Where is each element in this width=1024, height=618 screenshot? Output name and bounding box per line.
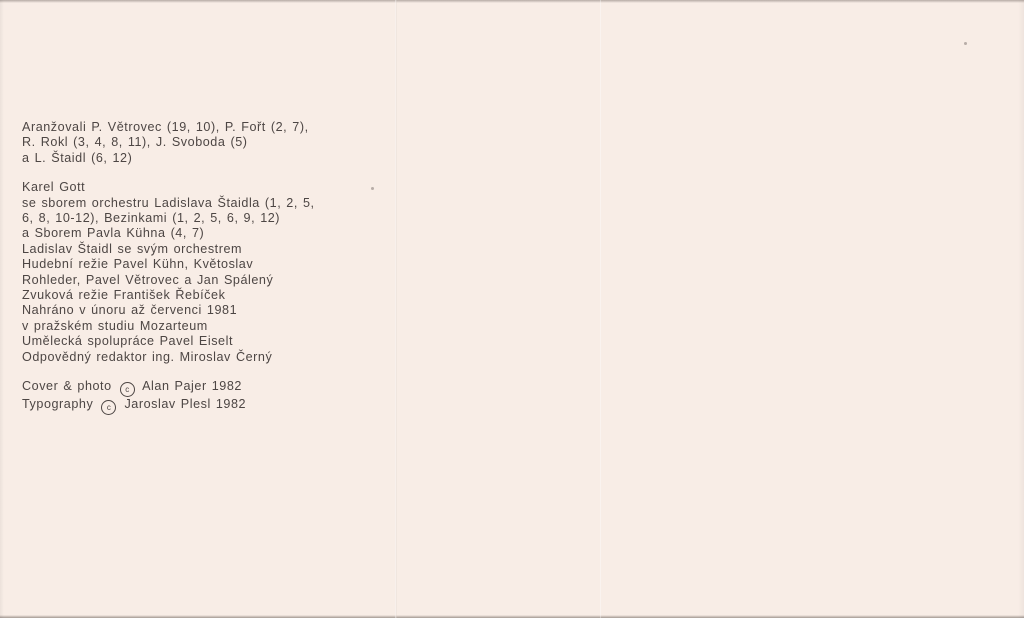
- credits-line: Zvuková režie František Řebíček: [22, 288, 315, 303]
- credits-line: Nahráno v únoru až červenci 1981: [22, 303, 315, 318]
- credits-line: se sborem orchestru Ladislava Štaidla (1…: [22, 196, 315, 211]
- typography-credit: Typography c Jaroslav Plesl 1982: [22, 397, 315, 415]
- arrangers-line: Aranžovali P. Větrovec (19, 10), P. Fořt…: [22, 120, 315, 135]
- credit-holder: Alan Pajer 1982: [142, 379, 242, 393]
- credits-text: Aranžovali P. Větrovec (19, 10), P. Fořt…: [22, 120, 315, 429]
- credit-holder: Jaroslav Plesl 1982: [124, 397, 246, 411]
- credits-line: 6, 8, 10-12), Bezinkami (1, 2, 5, 6, 9, …: [22, 211, 315, 226]
- credits-line: Hudební režie Pavel Kühn, Květoslav: [22, 257, 315, 272]
- performers-block: Karel Gott se sborem orchestru Ladislava…: [22, 180, 315, 365]
- credit-label: Typography: [22, 397, 93, 411]
- paper-speck: [964, 42, 967, 45]
- copyright-icon: c: [101, 400, 116, 415]
- credits-line: Umělecká spolupráce Pavel Eiselt: [22, 334, 315, 349]
- copyright-block: Cover & photo c Alan Pajer 1982 Typograp…: [22, 379, 315, 415]
- credits-line: v pražském studiu Mozarteum: [22, 319, 315, 334]
- credit-label: Cover & photo: [22, 379, 112, 393]
- paper-crease: [600, 0, 601, 618]
- credits-line: a Sborem Pavla Kühna (4, 7): [22, 226, 315, 241]
- arrangers-line: R. Rokl (3, 4, 8, 11), J. Svoboda (5): [22, 135, 315, 150]
- paper-speck: [371, 187, 374, 190]
- copyright-icon: c: [120, 382, 135, 397]
- arrangers-block: Aranžovali P. Větrovec (19, 10), P. Fořt…: [22, 120, 315, 166]
- credits-line: Ladislav Štaidl se svým orchestrem: [22, 242, 315, 257]
- credits-line: Odpovědný redaktor ing. Miroslav Černý: [22, 350, 315, 365]
- cover-photo-credit: Cover & photo c Alan Pajer 1982: [22, 379, 315, 397]
- record-sleeve-page: Aranžovali P. Větrovec (19, 10), P. Fořt…: [0, 0, 1024, 618]
- paper-fold-line: [395, 0, 397, 618]
- credits-line: Rohleder, Pavel Větrovec a Jan Spálený: [22, 273, 315, 288]
- arrangers-line: a L. Štaidl (6, 12): [22, 151, 315, 166]
- performer-name: Karel Gott: [22, 180, 315, 195]
